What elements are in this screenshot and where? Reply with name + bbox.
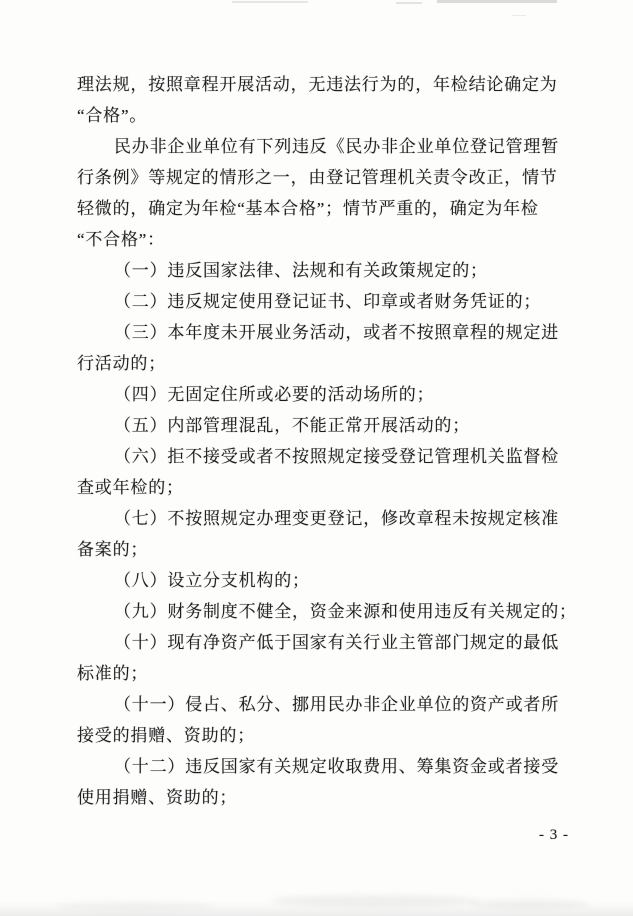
text-line: 理法规，按照章程开展活动，无违法行为的，年检结论确定为 xyxy=(77,69,563,100)
scan-artifact-top xyxy=(512,15,526,16)
scan-artifact-bottom xyxy=(470,899,590,909)
scan-artifact-bottom xyxy=(55,901,215,910)
text-line: （二）违反规定使用登记证书、印章或者财务凭证的； xyxy=(77,286,563,317)
text-line: （十一）侵占、私分、挪用民办非企业单位的资产或者所 xyxy=(77,689,563,720)
text-line: （八）设立分支机构的； xyxy=(77,565,563,596)
scan-artifact-bottom xyxy=(270,895,480,907)
text-line: 标准的； xyxy=(77,658,563,689)
scan-artifact-bottom-edge xyxy=(0,902,633,916)
text-line: （三）本年度未开展业务活动，或者不按照章程的规定进 xyxy=(77,317,563,348)
text-line: 行活动的； xyxy=(77,348,563,379)
text-line: 民办非企业单位有下列违反《民办非企业单位登记管理暂 xyxy=(77,131,563,162)
text-line: “不合格”： xyxy=(77,224,563,255)
text-line: 轻微的，确定为年检“基本合格”；情节严重的，确定为年检 xyxy=(77,193,563,224)
text-line: 接受的捐赠、资助的； xyxy=(77,720,563,751)
text-line: 备案的； xyxy=(77,534,563,565)
text-line: （十）现有净资产低于国家有关行业主管部门规定的最低 xyxy=(77,627,563,658)
text-line: （十二）违反国家有关规定收取费用、筹集资金或者接受 xyxy=(77,751,563,782)
text-line: （四）无固定住所或必要的活动场所的； xyxy=(77,379,563,410)
scan-artifact-top xyxy=(232,1,308,3)
document-body-text: 理法规，按照章程开展活动，无违法行为的，年检结论确定为“合格”。民办非企业单位有… xyxy=(77,69,563,813)
text-line: “合格”。 xyxy=(77,100,563,131)
scanned-document-page: 理法规，按照章程开展活动，无违法行为的，年检结论确定为“合格”。民办非企业单位有… xyxy=(0,0,633,916)
page-number: - 3 - xyxy=(524,827,584,844)
text-line: 行条例》等规定的情形之一，由登记管理机关责令改正，情节 xyxy=(77,162,563,193)
scan-artifact-top xyxy=(396,2,422,4)
text-line: （七）不按照规定办理变更登记，修改章程未按规定核准 xyxy=(77,503,563,534)
scan-artifact-top xyxy=(437,0,557,3)
text-line: （九）财务制度不健全，资金来源和使用违反有关规定的； xyxy=(77,596,563,627)
text-line: （一）违反国家法律、法规和有关政策规定的； xyxy=(77,255,563,286)
text-line: （六）拒不接受或者不按照规定接受登记管理机关监督检 xyxy=(77,441,563,472)
text-line: （五）内部管理混乱，不能正常开展活动的； xyxy=(77,410,563,441)
text-line: 使用捐赠、资助的； xyxy=(77,782,563,813)
text-line: 查或年检的； xyxy=(77,472,563,503)
